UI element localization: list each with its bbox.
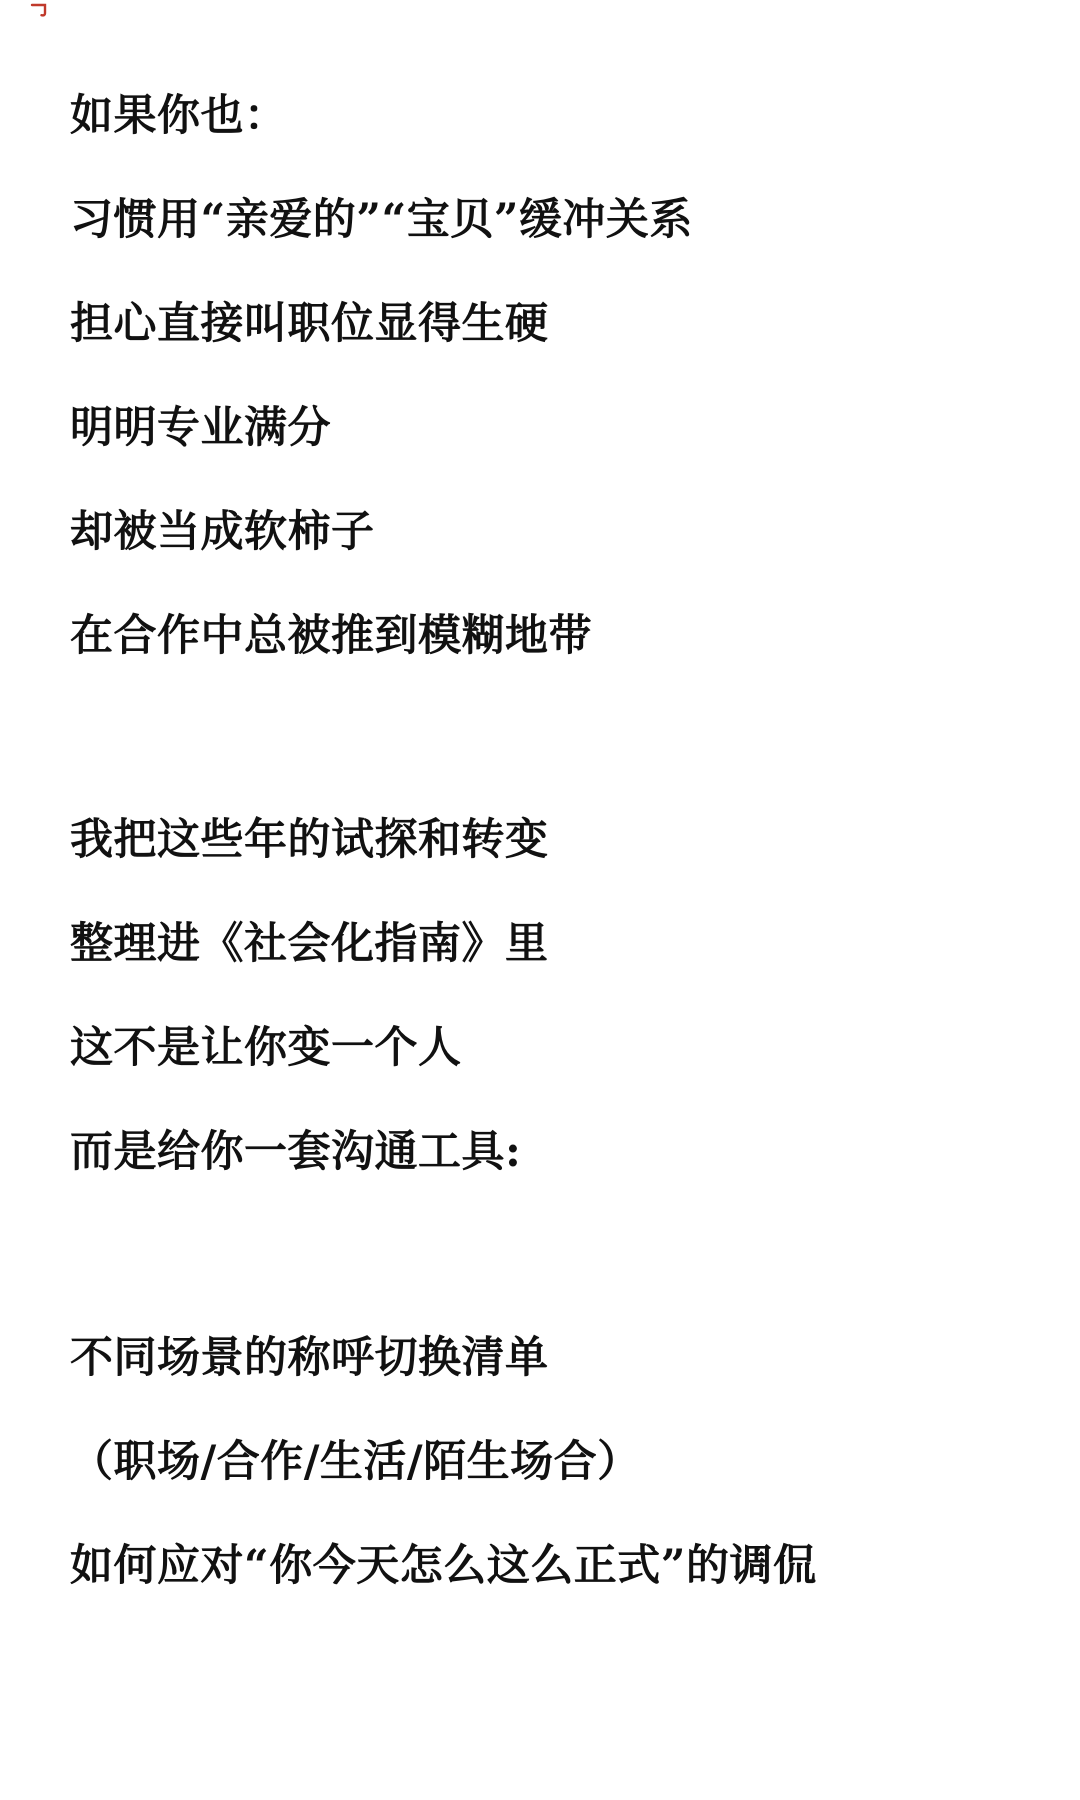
text-line: 整理进《社会化指南》里 xyxy=(70,923,549,966)
text-line: 明明专业满分 xyxy=(70,407,331,450)
text-line: 在合作中总被推到模糊地带 xyxy=(70,615,592,658)
text-line: 而是给你一套沟通工具: xyxy=(70,1131,521,1174)
text-line: 如何应对“你今天怎么这么正式”的调侃 xyxy=(70,1545,816,1588)
text-line: 这不是让你变一个人 xyxy=(70,1027,462,1070)
text-line: 我把这些年的试探和转变 xyxy=(70,819,549,862)
text-line: 担心直接叫职位显得生硬 xyxy=(70,303,549,346)
text-post-page: 如果你也： 习惯用“亲爱的”“宝贝”缓冲关系 担心直接叫职位显得生硬 明明专业满… xyxy=(0,0,1080,1800)
text-line: （职场/合作/生活/陌生场合） xyxy=(70,1441,641,1484)
text-line: 习惯用“亲爱的”“宝贝”缓冲关系 xyxy=(70,199,693,242)
text-line: 不同场景的称呼切换清单 xyxy=(70,1337,549,1380)
text-line: 如果你也： xyxy=(70,95,288,138)
red-stroke-fragment-icon xyxy=(30,2,50,17)
text-line: 却被当成软柿子 xyxy=(70,511,375,554)
